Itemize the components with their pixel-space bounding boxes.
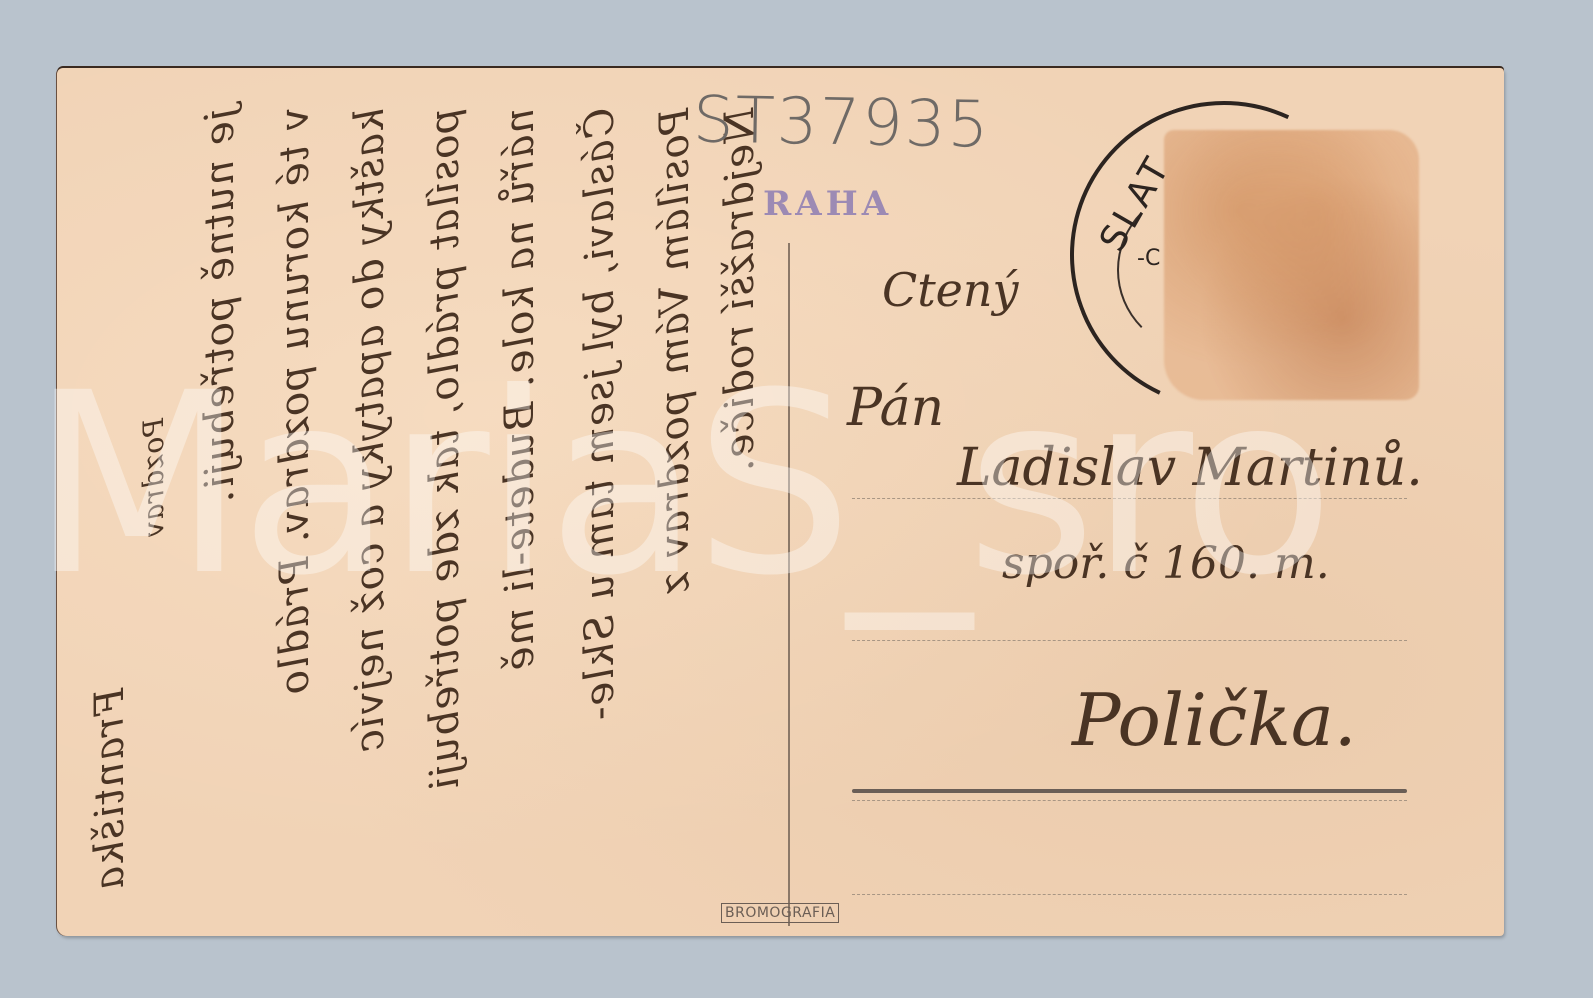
message-closing: Pozdrav: [137, 418, 170, 538]
inventory-number: ST37935: [692, 83, 991, 162]
message-line: posílat prádlo, tak zde potřebuji: [422, 108, 468, 791]
purple-ink-stamp: RAHA: [763, 184, 892, 224]
postmark-date: -C: [1137, 246, 1160, 271]
address-dotted-line: [852, 894, 1407, 895]
address-town: Polička.: [1072, 678, 1357, 762]
handwritten-message: Nejdražší rodiče. Posílám Vám pozdrav z …: [77, 88, 767, 918]
address-rule: [852, 789, 1407, 793]
message-line: je nutně potřebuji.: [197, 108, 243, 503]
message-line: Čáslavi, byl jsem tam u Skle-: [577, 108, 623, 721]
message-line: v té korunu pozdrav. Prádlo: [272, 108, 318, 695]
publisher-imprint: BROMOGRAFIA: [721, 903, 839, 923]
message-line: nářů na kole. Budete-li mě: [497, 108, 543, 671]
message-signature: Františka: [87, 688, 133, 891]
address-name: Ladislav Martinů.: [957, 438, 1423, 498]
message-line: Nejdražší rodiče.: [717, 108, 763, 472]
address-dotted-line: [852, 640, 1407, 641]
message-line: kaštky do apatyky a což nejvíc: [347, 108, 393, 753]
address-title: Pán: [847, 378, 944, 438]
address-dotted-line: [852, 498, 1407, 499]
address-salutation: Ctený: [882, 263, 1019, 317]
message-line: Posílám Vám pozdrav z: [652, 108, 698, 594]
postcard: Nejdražší rodiče. Posílám Vám pozdrav z …: [57, 68, 1504, 936]
address-street: spoř. č 160. m.: [1002, 538, 1330, 589]
address-dotted-line: [852, 800, 1407, 801]
card-divider-line: [788, 243, 790, 926]
